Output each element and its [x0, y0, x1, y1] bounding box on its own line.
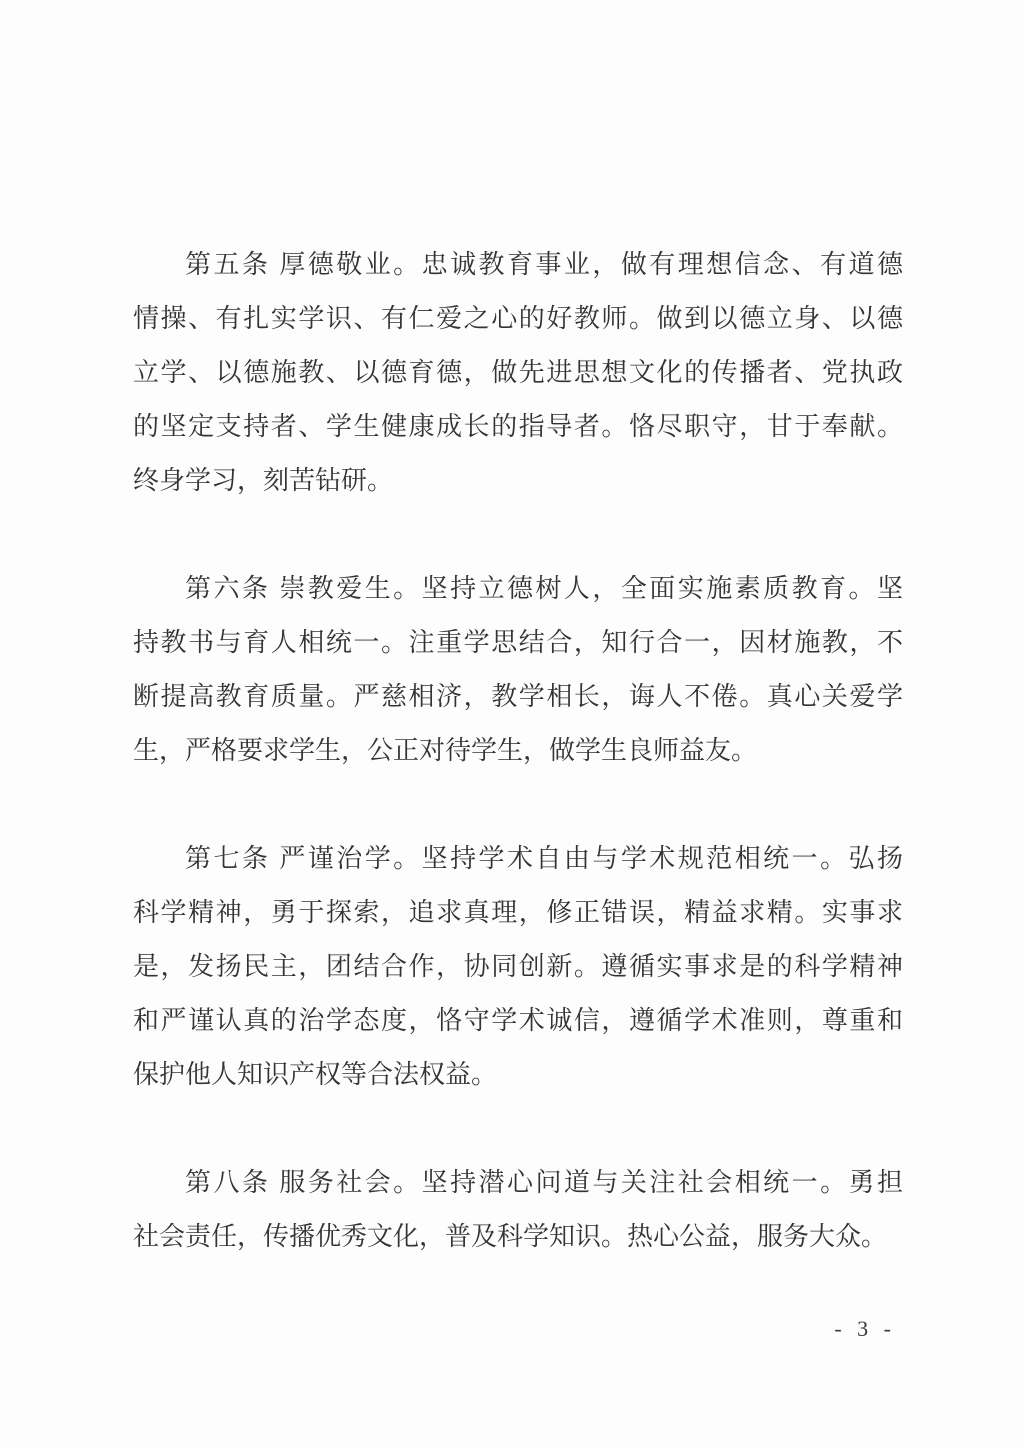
text-line: 终身学习，刻苦钻研。 [133, 454, 903, 508]
text-line: 是，发扬民主，团结合作，协同创新。遵循实事求是的科学精神 [133, 940, 903, 994]
text-line: 情操、有扎实学识、有仁爱之心的好教师。做到以德立身、以德 [133, 292, 903, 346]
text-line: 第八条 服务社会。坚持潜心问道与关注社会相统一。勇担 [133, 1156, 903, 1210]
text-line: 断提高教育质量。严慈相济，教学相长，诲人不倦。真心关爱学 [133, 670, 903, 724]
paragraph: 第七条 严谨治学。坚持学术自由与学术规范相统一。弘扬科学精神，勇于探索，追求真理… [133, 832, 903, 1102]
text-line: 科学精神，勇于探索，追求真理，修正错误，精益求精。实事求 [133, 886, 903, 940]
text-line: 社会责任，传播优秀文化，普及科学知识。热心公益，服务大众。 [133, 1210, 903, 1264]
text-line: 的坚定支持者、学生健康成长的指导者。恪尽职守，甘于奉献。 [133, 400, 903, 454]
document-body: 第五条 厚德敬业。忠诚教育事业，做有理想信念、有道德情操、有扎实学识、有仁爱之心… [133, 238, 903, 1318]
text-line: 和严谨认真的治学态度，恪守学术诚信，遵循学术准则，尊重和 [133, 994, 903, 1048]
paragraph: 第八条 服务社会。坚持潜心问道与关注社会相统一。勇担社会责任，传播优秀文化，普及… [133, 1156, 903, 1264]
text-line: 生，严格要求学生，公正对待学生，做学生良师益友。 [133, 724, 903, 778]
paragraph: 第五条 厚德敬业。忠诚教育事业，做有理想信念、有道德情操、有扎实学识、有仁爱之心… [133, 238, 903, 508]
text-line: 持教书与育人相统一。注重学思结合，知行合一，因材施教，不 [133, 616, 903, 670]
text-line: 第五条 厚德敬业。忠诚教育事业，做有理想信念、有道德 [133, 238, 903, 292]
document-page: 第五条 厚德敬业。忠诚教育事业，做有理想信念、有道德情操、有扎实学识、有仁爱之心… [0, 0, 1024, 1448]
page-number: - 3 - [834, 1316, 896, 1342]
text-line: 立学、以德施教、以德育德，做先进思想文化的传播者、党执政 [133, 346, 903, 400]
text-line: 保护他人知识产权等合法权益。 [133, 1048, 903, 1102]
paragraph: 第六条 崇教爱生。坚持立德树人，全面实施素质教育。坚持教书与育人相统一。注重学思… [133, 562, 903, 778]
text-line: 第六条 崇教爱生。坚持立德树人，全面实施素质教育。坚 [133, 562, 903, 616]
text-line: 第七条 严谨治学。坚持学术自由与学术规范相统一。弘扬 [133, 832, 903, 886]
